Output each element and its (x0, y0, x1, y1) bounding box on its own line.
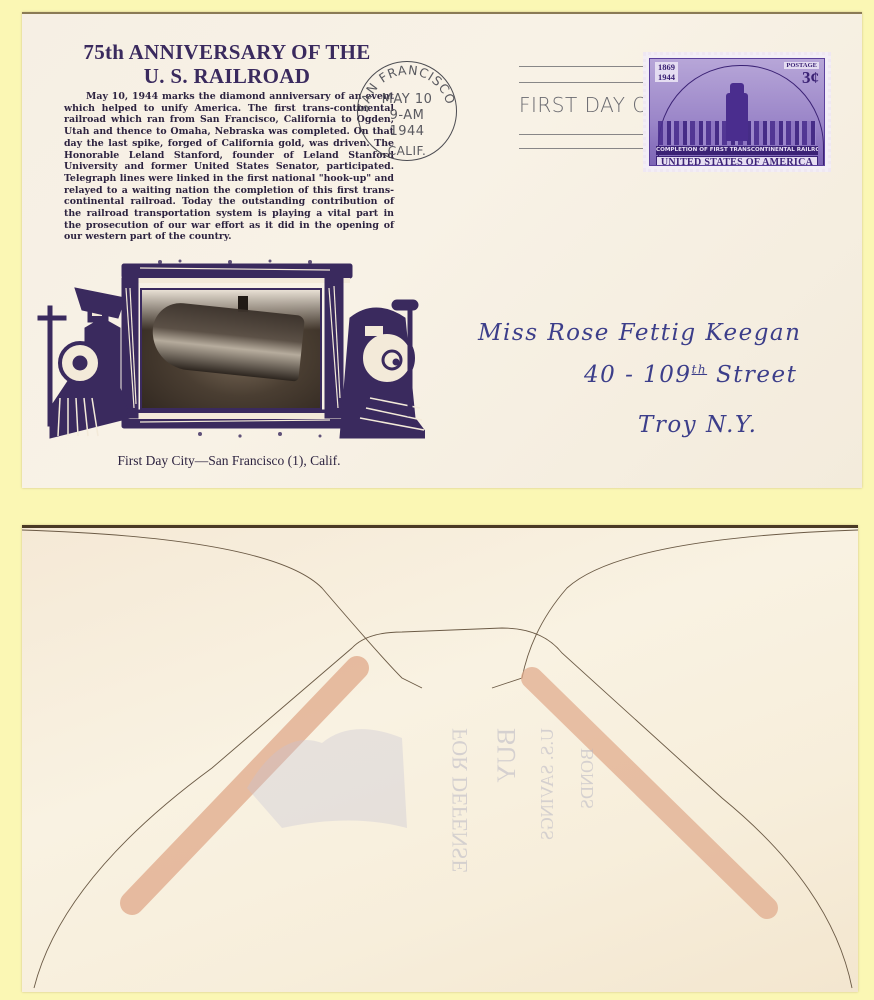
address-name: Miss Rose Fettig Keegan (478, 320, 801, 346)
postmark-state: CALIF. (358, 144, 456, 158)
showthrough-text: BUY (492, 728, 522, 783)
address-city: Troy N.Y. (638, 412, 757, 438)
stamp-banner: COMPLETION OF FIRST TRANSCONTINENTAL RAI… (656, 146, 818, 155)
envelope-flaps (22, 528, 858, 992)
cachet-body-text: May 10, 1944 marks the diamond anniversa… (64, 91, 394, 243)
postmark-time: 9-AM (358, 108, 456, 123)
cachet-title-line1: 75th ANNIVERSARY OF THE (52, 40, 402, 64)
stamp-denomination: POSTAGE 3¢ (784, 62, 819, 88)
locomotive-photo (140, 288, 322, 410)
stamp-country: UNITED STATES OF AMERICA (656, 156, 818, 166)
cachet-title-line2: U. S. RAILROAD (52, 64, 402, 88)
postage-stamp: 1869 1944 POSTAGE 3¢ COMPLETION OF FIRST… (643, 52, 831, 172)
showthrough-text: BONDS (577, 748, 598, 809)
stamp-locomotive-icon (726, 93, 748, 141)
cachet-paragraph: May 10, 1944 marks the diamond anniversa… (64, 91, 394, 243)
address-street: 40 - 109th Street (584, 362, 797, 388)
showthrough-text: FOR DEFENSE (447, 728, 473, 873)
postmark-date: MAY 10 (358, 92, 456, 107)
circular-postmark: SAN FRANCISCO MAY 10 9-AM 1944 CALIF. (357, 61, 457, 161)
postmark-year: 1944 (358, 124, 456, 139)
envelope-back: FOR DEFENSE BUY U.S. SAVINGS BONDS (22, 525, 858, 992)
showthrough-text: U.S. SAVINGS (537, 728, 558, 840)
first-day-city-caption: First Day City—San Francisco (1), Calif. (74, 453, 384, 469)
stamp-years: 1869 1944 (655, 62, 678, 82)
cachet-illustration (30, 258, 425, 448)
cachet-title: 75th ANNIVERSARY OF THE U. S. RAILROAD (52, 40, 402, 88)
envelope-front: 75th ANNIVERSARY OF THE U. S. RAILROAD M… (22, 12, 862, 488)
